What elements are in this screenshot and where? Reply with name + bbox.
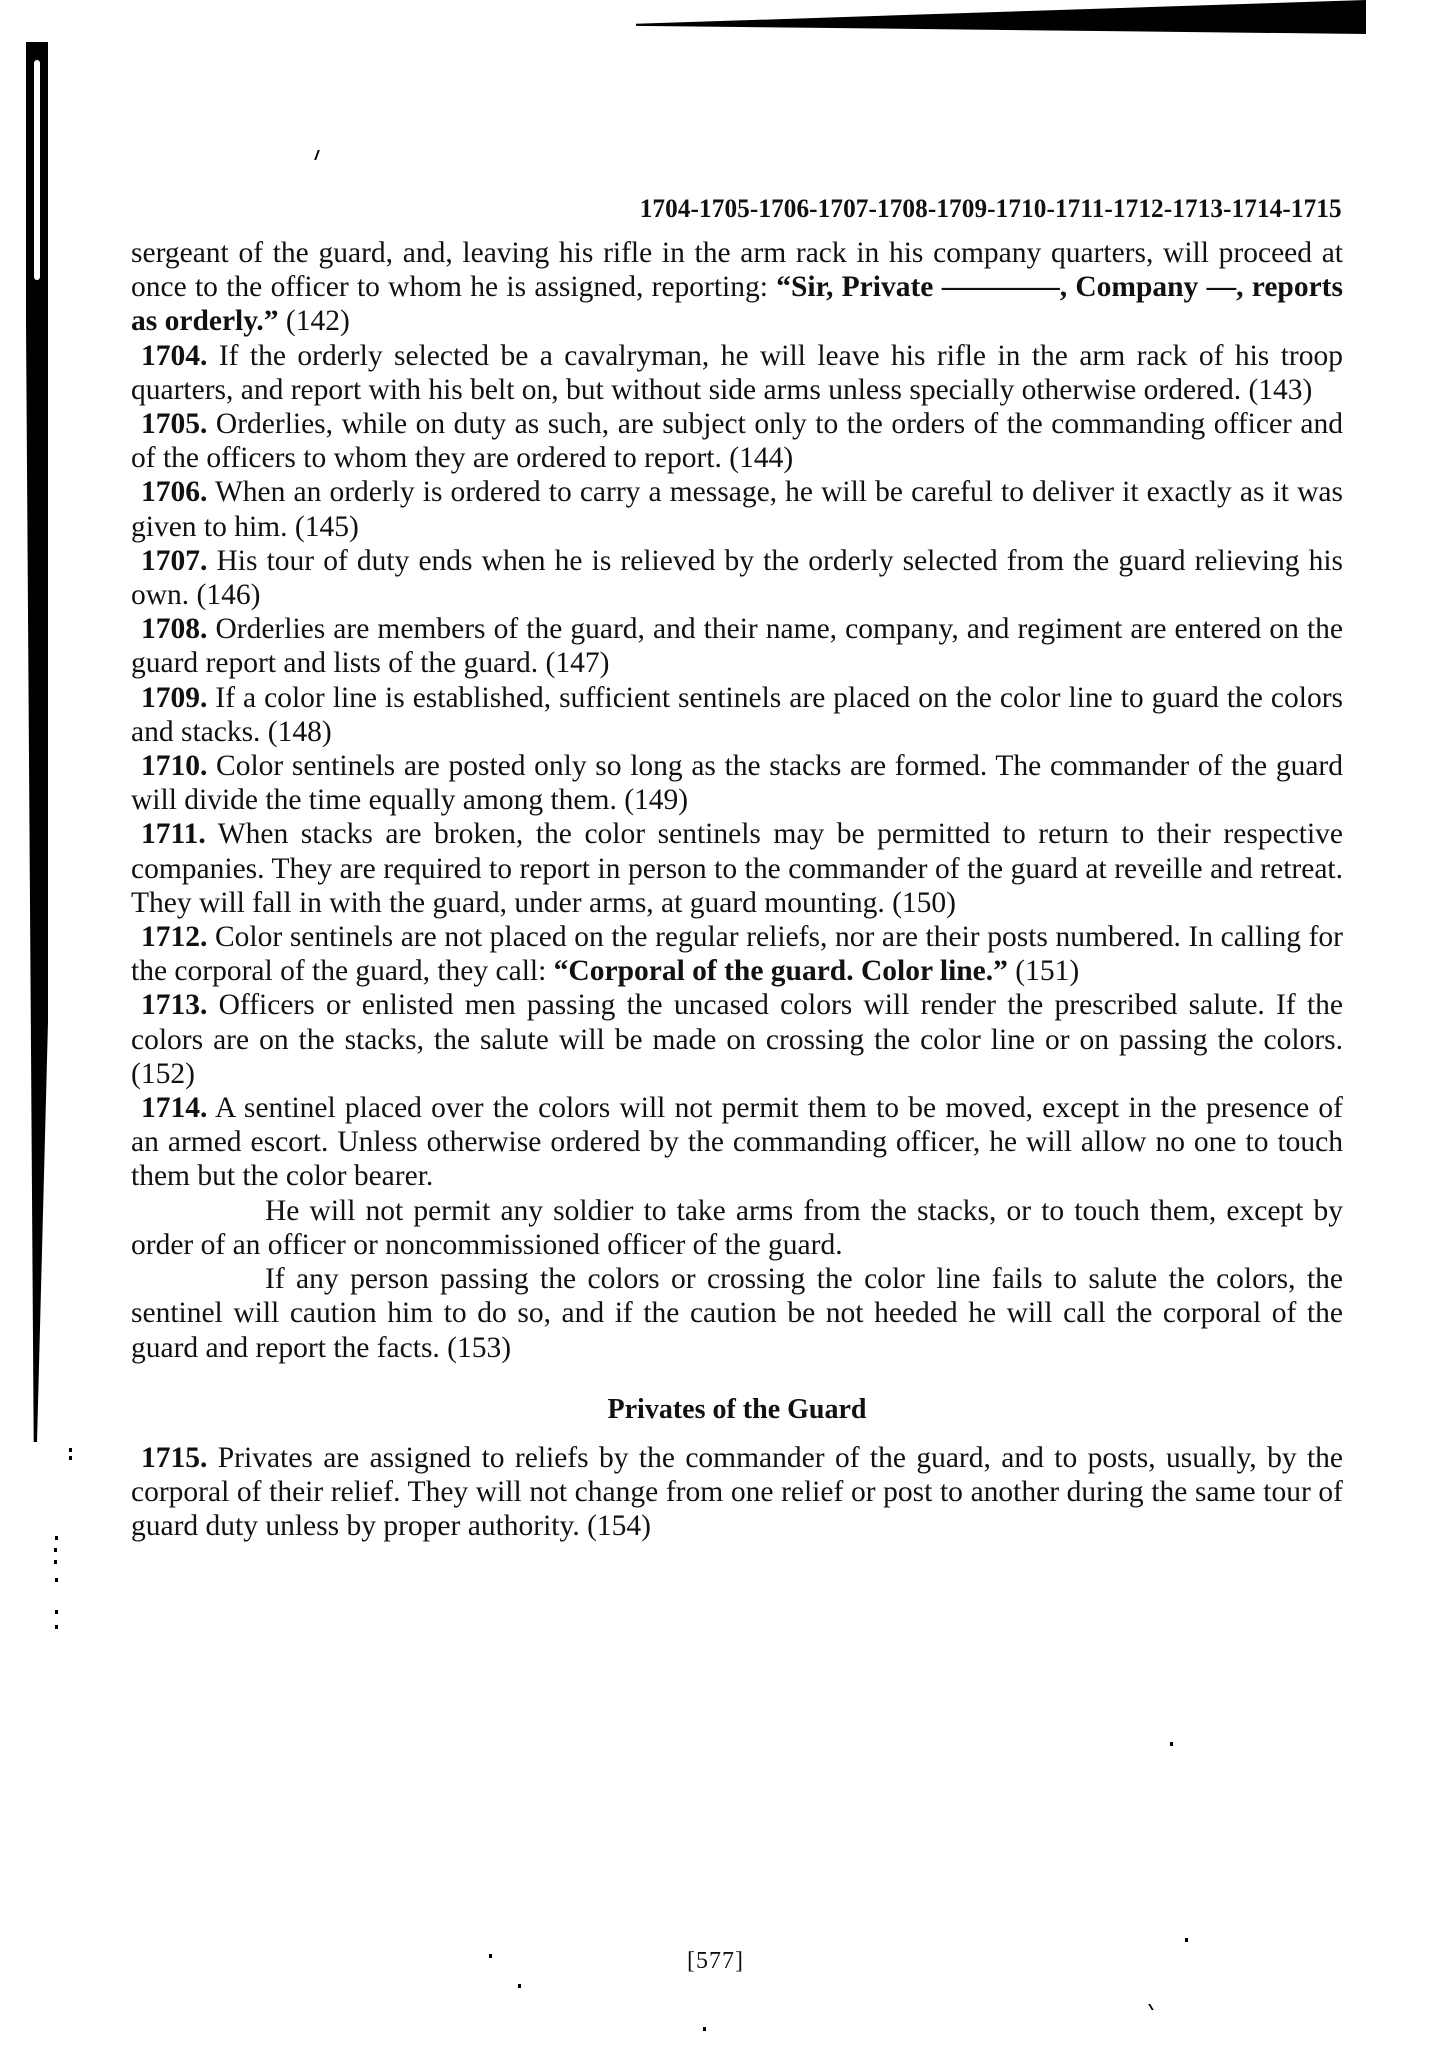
paragraph-ref: (151) (1008, 955, 1079, 987)
paragraph-text: When an orderly is ordered to carry a me… (131, 476, 1343, 542)
paragraph-1714: 1714. A sentinel placed over the colors … (131, 1091, 1343, 1194)
section-heading: Privates of the Guard (131, 1393, 1343, 1427)
paragraph-1707: 1707. His tour of duty ends when he is r… (131, 544, 1343, 612)
paragraph-number: 1715. (141, 1442, 207, 1474)
paragraph-number: 1708. (141, 613, 207, 645)
paragraph-number: 1709. (141, 682, 207, 714)
paragraph-ref: (142) (279, 305, 350, 337)
paragraph-text: Orderlies are members of the guard, and … (131, 613, 1343, 679)
paragraph-1714-continued-1: He will not permit any soldier to take a… (131, 1194, 1343, 1262)
paragraph-1704: 1704. If the orderly selected be a caval… (131, 339, 1343, 407)
paragraph-text: If the orderly selected be a cavalryman,… (131, 340, 1343, 406)
paragraph-1706: 1706. When an orderly is ordered to carr… (131, 475, 1343, 543)
paragraph-1705: 1705. Orderlies, while on duty as such, … (131, 407, 1343, 475)
paragraph-text: His tour of duty ends when he is relieve… (131, 545, 1343, 611)
paragraph-text: Privates are assigned to reliefs by the … (131, 1442, 1343, 1542)
paragraph-number: 1706. (141, 476, 207, 508)
paragraph-number: 1705. (141, 408, 207, 440)
paragraph-text: If a color line is established, sufficie… (131, 682, 1343, 748)
paragraph-1711: 1711. When stacks are broken, the color … (131, 817, 1343, 920)
paragraph-1708: 1708. Orderlies are members of the guard… (131, 612, 1343, 680)
paragraph-number: 1714. (141, 1092, 207, 1124)
paragraph-text: Orderlies, while on duty as such, are su… (131, 408, 1343, 474)
paragraph-1713: 1713. Officers or enlisted men passing t… (131, 988, 1343, 1091)
paragraph-text: Officers or enlisted men passing the unc… (131, 989, 1343, 1089)
paragraph-number: 1710. (141, 750, 207, 782)
paragraph-1710: 1710. Color sentinels are posted only so… (131, 749, 1343, 817)
page-number: [577] (0, 1948, 1431, 1975)
scan-artifact-top-wedge (636, 0, 1366, 34)
paragraph-number: 1711. (141, 818, 206, 850)
paragraph-number: 1704. (141, 340, 207, 372)
paragraph-continued: sergeant of the guard, and, leaving his … (131, 236, 1343, 339)
paragraph-1714-continued-2: If any person passing the colors or cros… (131, 1262, 1343, 1365)
paragraph-text: When stacks are broken, the color sentin… (131, 818, 1343, 918)
call-quote: “Corporal of the guard. Color line.” (554, 955, 1008, 987)
paragraph-text: Color sentinels are posted only so long … (131, 750, 1343, 816)
paragraph-1715: 1715. Privates are assigned to reliefs b… (131, 1441, 1343, 1544)
scan-artifact-left-bar-highlight (34, 60, 40, 280)
body-text: sergeant of the guard, and, leaving his … (131, 236, 1343, 1544)
paragraph-1709: 1709. If a color line is established, su… (131, 681, 1343, 749)
paragraph-number: 1712. (141, 921, 207, 953)
paragraph-text: A sentinel placed over the colors will n… (131, 1092, 1343, 1192)
paragraph-number: 1713. (141, 989, 207, 1021)
paragraph-1712: 1712. Color sentinels are not placed on … (131, 920, 1343, 988)
page-header-section-range: 1704-1705-1706-1707-1708-1709-1710-1711-… (640, 194, 1342, 224)
paragraph-number: 1707. (141, 545, 207, 577)
